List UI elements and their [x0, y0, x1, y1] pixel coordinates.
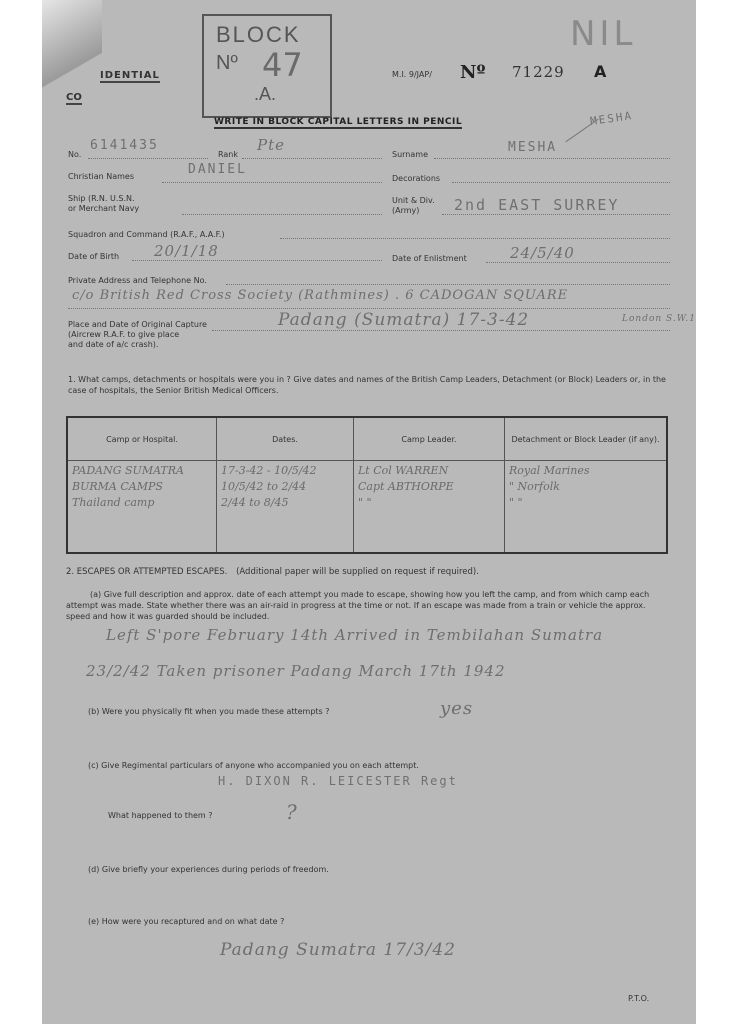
camps-table: Camp or Hospital. Dates. Camp Leader. De… [66, 416, 668, 554]
annotation-arrow-icon [565, 119, 598, 143]
rank-label: Rank [218, 150, 238, 160]
col-detachment-leader: Detachment or Block Leader (if any). [505, 417, 668, 461]
answer-c-followup: ? [286, 800, 298, 824]
co-label: CO [66, 92, 82, 105]
dates-cell: 17-3-42 - 10/5/42 10/5/42 to 2/44 2/44 t… [217, 461, 354, 554]
unit-value: 2nd EAST SURREY [454, 196, 619, 214]
address-line-2 [68, 308, 670, 309]
decorations-line [452, 182, 670, 183]
ship-label-line2: or Merchant Navy [68, 204, 139, 214]
christian-names-value: DANIEL [188, 162, 247, 177]
no-line [88, 158, 208, 159]
table-row-1-leader: Capt ABTHORPE [358, 479, 500, 495]
address-value: c/o British Red Cross Society (Rathmines… [72, 288, 568, 303]
no-label: No. [68, 150, 81, 160]
table-row-1-camp: BURMA CAMPS [72, 479, 212, 495]
col-camp-leader: Camp Leader. [354, 417, 505, 461]
capture-line [212, 330, 670, 331]
dob-value: 20/1/18 [154, 242, 219, 260]
answer-a-line2: 23/2/42 Taken prisoner Padang March 17th… [86, 662, 506, 680]
stamp-block-text: BLOCK [216, 22, 301, 48]
squadron-label: Squadron and Command (R.A.F., A.A.F.) [68, 230, 225, 240]
question-d: (d) Give briefly your experiences during… [88, 864, 329, 875]
surname-value: MESHA [508, 140, 557, 155]
decorations-label: Decorations [392, 174, 440, 184]
leader-cell: Lt Col WARREN Capt ABTHORPE " " [354, 461, 505, 554]
ship-line [182, 214, 382, 215]
question-c: (c) Give Regimental particulars of anyon… [88, 760, 419, 771]
table-row-0-leader: Lt Col WARREN [358, 463, 500, 479]
pow-questionnaire-page: IDENTIAL CO BLOCK Nº 47 .A. NIL M.I. 9/J… [42, 0, 696, 1024]
stamp-no-text: Nº [216, 52, 238, 75]
capture-value: Padang (Sumatra) 17-3-42 [278, 310, 529, 330]
table-row-2-detachment: " " [509, 495, 662, 511]
form-reference: M.I. 9/JAP/ [392, 70, 432, 79]
pto-label: P.T.O. [628, 994, 649, 1003]
table-row-1-dates: 10/5/42 to 2/44 [221, 479, 349, 495]
no-value: 6141435 [90, 138, 159, 153]
table-row-2-leader: " " [358, 495, 500, 511]
address-line-1 [226, 284, 670, 285]
christian-names-line [162, 182, 382, 183]
table-row-2-camp: Thailand camp [72, 495, 212, 511]
table-row-1-detachment: " Norfolk [509, 479, 662, 495]
enlistment-value: 24/5/40 [510, 244, 575, 262]
surname-label: Surname [392, 150, 428, 160]
unit-line [442, 214, 670, 215]
number-label: Nº [460, 62, 485, 83]
camps-table-header: Camp or Hospital. Dates. Camp Leader. De… [67, 417, 667, 461]
address-label: Private Address and Telephone No. [68, 276, 207, 286]
block-stamp: BLOCK Nº 47 .A. [202, 14, 332, 118]
unit-label-line2: (Army) [392, 206, 435, 216]
col-camp: Camp or Hospital. [67, 417, 217, 461]
answer-c: H. DIXON R. LEICESTER Regt [218, 774, 458, 788]
rank-value: Pte [257, 136, 285, 154]
answer-a-line1: Left S'pore February 14th Arrived in Tem… [106, 626, 603, 644]
unit-label-line1: Unit & Div. [392, 196, 435, 206]
address-value-city: London S.W.1 [622, 314, 696, 324]
christian-names-label: Christian Names [68, 172, 134, 182]
pencil-instruction: WRITE IN BLOCK CAPITAL LETTERS IN PENCIL [214, 117, 462, 129]
table-row-0-camp: PADANG SUMATRA [72, 463, 212, 479]
answer-b: yes [440, 698, 473, 719]
section2-heading: 2. ESCAPES OR ATTEMPTED ESCAPES. [66, 567, 227, 577]
detachment-cell: Royal Marines " Norfolk " " [505, 461, 668, 554]
table-row-0-dates: 17-3-42 - 10/5/42 [221, 463, 349, 479]
rank-line [242, 158, 382, 159]
capture-label-line1: Place and Date of Original Capture [68, 320, 207, 330]
question-b: (b) Were you physically fit when you mad… [88, 706, 330, 717]
table-row-2-dates: 2/44 to 8/45 [221, 495, 349, 511]
capture-label-line2: (Aircrew R.A.F. to give place [68, 330, 207, 340]
serial-suffix: A [594, 62, 606, 81]
section2-note: (Additional paper will be supplied on re… [236, 567, 479, 577]
nil-annotation: NIL [570, 14, 636, 54]
question-c-followup: What happened to them ? [108, 810, 213, 821]
section1-question: 1. What camps, detachments or hospitals … [68, 374, 672, 396]
camps-table-body: PADANG SUMATRA BURMA CAMPS Thailand camp… [67, 461, 667, 554]
question-a: (a) Give full description and approx. da… [66, 589, 672, 622]
dob-label: Date of Birth [68, 252, 119, 262]
serial-number: 71229 [512, 63, 565, 81]
stamp-letter: .A. [254, 84, 276, 105]
unit-label: Unit & Div. (Army) [392, 196, 435, 216]
capture-label-line3: and date of a/c crash). [68, 340, 207, 350]
table-row-0-detachment: Royal Marines [509, 463, 662, 479]
ship-label: Ship (R.N. U.S.N. or Merchant Navy [68, 194, 139, 214]
capture-label: Place and Date of Original Capture (Airc… [68, 320, 207, 350]
answer-e: Padang Sumatra 17/3/42 [220, 940, 456, 960]
col-dates: Dates. [217, 417, 354, 461]
question-e: (e) How were you recaptured and on what … [88, 916, 284, 927]
stamp-block-number: 47 [262, 46, 303, 84]
surname-line [434, 158, 670, 159]
ship-label-line1: Ship (R.N. U.S.N. [68, 194, 139, 204]
enlistment-label: Date of Enlistment [392, 254, 467, 264]
dob-line [132, 260, 382, 261]
enlistment-line [486, 262, 670, 263]
camp-cell: PADANG SUMATRA BURMA CAMPS Thailand camp [67, 461, 217, 554]
confidential-label: IDENTIAL [100, 70, 160, 83]
squadron-line [280, 238, 670, 239]
section2-heading-row: 2. ESCAPES OR ATTEMPTED ESCAPES. (Additi… [66, 567, 479, 578]
